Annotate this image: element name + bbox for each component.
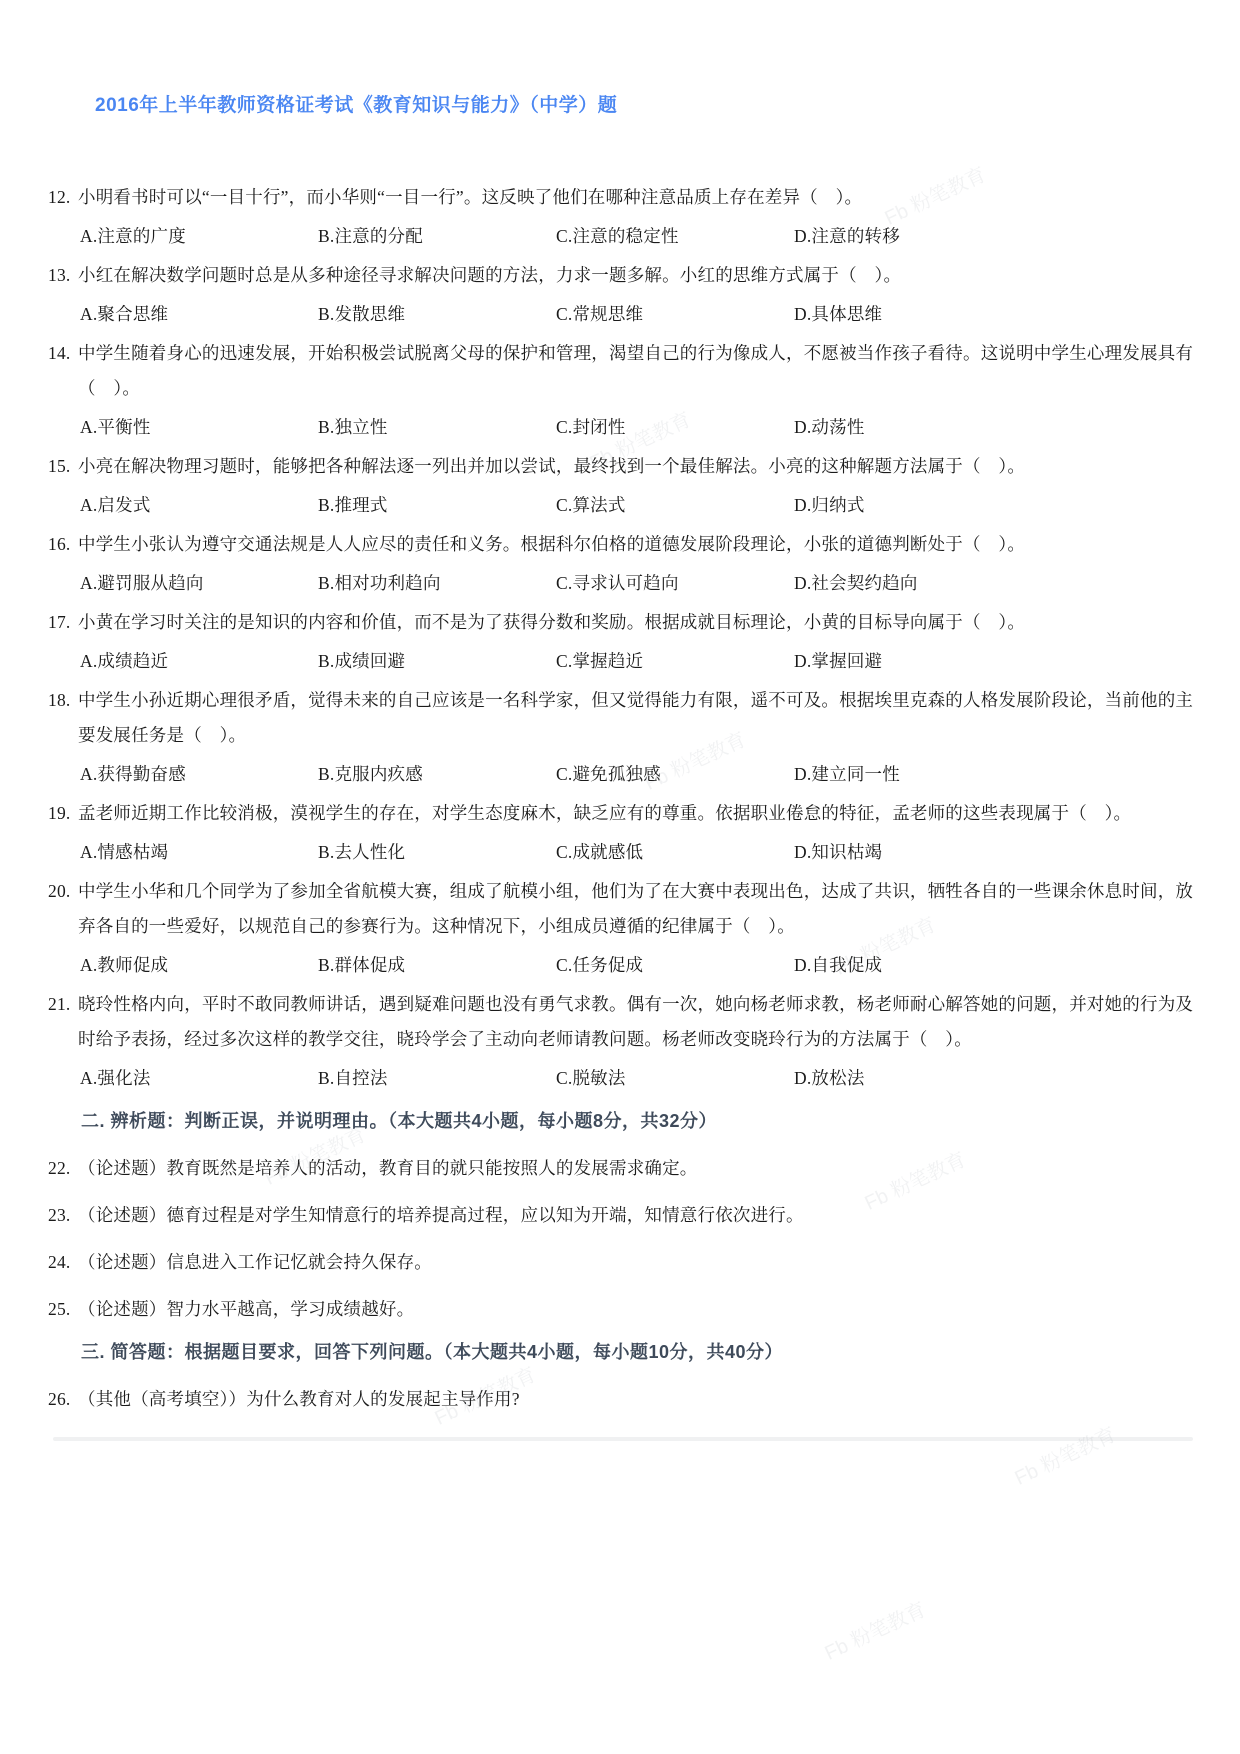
question-17: 17.小黄在学习时关注的是知识的内容和价值，而不是为了获得分数和奖励。根据成就目… (48, 605, 1196, 679)
options-row: A.启发式 B.推理式 C.算法式 D.归纳式 (48, 488, 1196, 523)
question-number: 18. (48, 683, 78, 718)
option-a: A.注意的广度 (80, 219, 318, 254)
option-b: B.相对功利趋向 (318, 566, 556, 601)
question-number: 13. (48, 258, 78, 293)
question-text: 中学生小张认为遵守交通法规是人人应尽的责任和义务。根据科尔伯格的道德发展阶段理论… (78, 534, 1025, 554)
question-text: 中学生随着身心的迅速发展，开始积极尝试脱离父母的保护和管理，渴望自己的行为像成人… (78, 343, 1193, 398)
option-c: C.掌握趋近 (556, 644, 794, 679)
watermark: Fb 粉笔教育 (819, 1593, 930, 1665)
question-19: 19.孟老师近期工作比较消极，漠视学生的存在，对学生态度麻木，缺乏应有的尊重。依… (48, 796, 1196, 870)
question-14: 14.中学生随着身心的迅速发展，开始积极尝试脱离父母的保护和管理，渴望自己的行为… (48, 336, 1196, 445)
question-text: （论述题）信息进入工作记忆就会持久保存。 (78, 1252, 432, 1272)
option-a: A.聚合思维 (80, 297, 318, 332)
option-a: A.教师促成 (80, 948, 318, 983)
question-15: 15.小亮在解决物理习题时，能够把各种解法逐一列出并加以尝试，最终找到一个最佳解… (48, 449, 1196, 523)
bottom-divider (53, 1437, 1193, 1441)
option-c: C.封闭性 (556, 410, 794, 445)
question-25: 25.（论述题）智力水平越高，学习成绩越好。 (48, 1292, 1196, 1327)
question-text: （其他（高考填空））为什么教育对人的发展起主导作用? (78, 1389, 520, 1409)
option-d: D.注意的转移 (794, 219, 1196, 254)
question-number: 19. (48, 796, 78, 831)
option-d: D.自我促成 (794, 948, 1196, 983)
question-text: 小黄在学习时关注的是知识的内容和价值，而不是为了获得分数和奖励。根据成就目标理论… (78, 612, 1025, 632)
option-b: B.克服内疚感 (318, 757, 556, 792)
question-23: 23.（论述题）德育过程是对学生知情意行的培养提高过程，应以知为开端，知情意行依… (48, 1198, 1196, 1233)
option-a: A.情感枯竭 (80, 835, 318, 870)
options-row: A.教师促成 B.群体促成 C.任务促成 D.自我促成 (48, 948, 1196, 983)
options-row: A.情感枯竭 B.去人性化 C.成就感低 D.知识枯竭 (48, 835, 1196, 870)
option-b: B.推理式 (318, 488, 556, 523)
question-text: 孟老师近期工作比较消极，漠视学生的存在，对学生态度麻木，缺乏应有的尊重。依据职业… (78, 803, 1131, 823)
question-20: 20.中学生小华和几个同学为了参加全省航模大赛，组成了航模小组，他们为了在大赛中… (48, 874, 1196, 983)
question-number: 15. (48, 449, 78, 484)
option-c: C.常规思维 (556, 297, 794, 332)
question-number: 17. (48, 605, 78, 640)
option-d: D.动荡性 (794, 410, 1196, 445)
question-24: 24.（论述题）信息进入工作记忆就会持久保存。 (48, 1245, 1196, 1280)
watermark: Fb 粉笔教育 (1009, 1418, 1120, 1490)
options-row: A.避罚服从趋向 B.相对功利趋向 C.寻求认可趋向 D.社会契约趋向 (48, 566, 1196, 601)
question-number: 25. (48, 1292, 78, 1327)
option-c: C.任务促成 (556, 948, 794, 983)
question-number: 12. (48, 180, 78, 215)
question-21: 21.晓玲性格内向，平时不敢同教师讲话，遇到疑难问题也没有勇气求教。偶有一次，她… (48, 987, 1196, 1096)
question-text: 小红在解决数学问题时总是从多种途径寻求解决问题的方法，力求一题多解。小红的思维方… (78, 265, 901, 285)
question-number: 14. (48, 336, 78, 371)
option-a: A.避罚服从趋向 (80, 566, 318, 601)
option-d: D.掌握回避 (794, 644, 1196, 679)
option-b: B.自控法 (318, 1061, 556, 1096)
option-c: C.注意的稳定性 (556, 219, 794, 254)
question-number: 16. (48, 527, 78, 562)
question-number: 23. (48, 1198, 78, 1233)
question-12: 12.小明看书时可以“一目十行”，而小华则“一目一行”。这反映了他们在哪种注意品… (48, 180, 1196, 254)
options-row: A.获得勤奋感 B.克服内疚感 C.避免孤独感 D.建立同一性 (48, 757, 1196, 792)
option-c: C.寻求认可趋向 (556, 566, 794, 601)
options-row: A.成绩趋近 B.成绩回避 C.掌握趋近 D.掌握回避 (48, 644, 1196, 679)
option-d: D.归纳式 (794, 488, 1196, 523)
option-d: D.知识枯竭 (794, 835, 1196, 870)
option-a: A.强化法 (80, 1061, 318, 1096)
options-row: A.聚合思维 B.发散思维 C.常规思维 D.具体思维 (48, 297, 1196, 332)
section-jianda: 三. 简答题：根据题目要求，回答下列问题。（本大题共4小题，每小题10分，共40… (48, 1335, 1196, 1417)
option-c: C.避免孤独感 (556, 757, 794, 792)
section-heading: 二. 辨析题：判断正误，并说明理由。（本大题共4小题，每小题8分，共32分） (48, 1104, 1196, 1139)
question-text: （论述题）教育既然是培养人的活动，教育目的就只能按照人的发展需求确定。 (78, 1158, 698, 1178)
question-16: 16.中学生小张认为遵守交通法规是人人应尽的责任和义务。根据科尔伯格的道德发展阶… (48, 527, 1196, 601)
option-c: C.脱敏法 (556, 1061, 794, 1096)
option-a: A.启发式 (80, 488, 318, 523)
question-13: 13.小红在解决数学问题时总是从多种途径寻求解决问题的方法，力求一题多解。小红的… (48, 258, 1196, 332)
option-d: D.具体思维 (794, 297, 1196, 332)
question-number: 24. (48, 1245, 78, 1280)
question-number: 21. (48, 987, 78, 1022)
option-b: B.发散思维 (318, 297, 556, 332)
option-b: B.成绩回避 (318, 644, 556, 679)
question-18: 18.中学生小孙近期心理很矛盾，觉得未来的自己应该是一名科学家，但又觉得能力有限… (48, 683, 1196, 792)
option-a: A.获得勤奋感 (80, 757, 318, 792)
question-text: 中学生小孙近期心理很矛盾，觉得未来的自己应该是一名科学家，但又觉得能力有限，遥不… (78, 690, 1193, 745)
question-22: 22.（论述题）教育既然是培养人的活动，教育目的就只能按照人的发展需求确定。 (48, 1151, 1196, 1186)
option-c: C.算法式 (556, 488, 794, 523)
option-b: B.去人性化 (318, 835, 556, 870)
option-d: D.社会契约趋向 (794, 566, 1196, 601)
option-b: B.注意的分配 (318, 219, 556, 254)
exam-page: 2016年上半年教师资格证考试《教育知识与能力》（中学）题 12.小明看书时可以… (0, 0, 1240, 1754)
question-26: 26.（其他（高考填空））为什么教育对人的发展起主导作用? (48, 1382, 1196, 1417)
options-row: A.强化法 B.自控法 C.脱敏法 D.放松法 (48, 1061, 1196, 1096)
option-b: B.独立性 (318, 410, 556, 445)
question-number: 22. (48, 1151, 78, 1186)
options-row: A.平衡性 B.独立性 C.封闭性 D.动荡性 (48, 410, 1196, 445)
exam-title: 2016年上半年教师资格证考试《教育知识与能力》（中学）题 (95, 0, 1196, 120)
section-heading: 三. 简答题：根据题目要求，回答下列问题。（本大题共4小题，每小题10分，共40… (48, 1335, 1196, 1370)
option-b: B.群体促成 (318, 948, 556, 983)
question-text: 小亮在解决物理习题时，能够把各种解法逐一列出并加以尝试，最终找到一个最佳解法。小… (78, 456, 1025, 476)
question-text: 小明看书时可以“一目十行”，而小华则“一目一行”。这反映了他们在哪种注意品质上存… (78, 187, 862, 207)
option-d: D.建立同一性 (794, 757, 1196, 792)
question-text: 晓玲性格内向，平时不敢同教师讲话，遇到疑难问题也没有勇气求教。偶有一次，她向杨老… (78, 994, 1193, 1049)
question-text: （论述题）智力水平越高，学习成绩越好。 (78, 1299, 414, 1319)
question-text: 中学生小华和几个同学为了参加全省航模大赛，组成了航模小组，他们为了在大赛中表现出… (78, 881, 1193, 936)
multiple-choice-section: 12.小明看书时可以“一目十行”，而小华则“一目一行”。这反映了他们在哪种注意品… (48, 180, 1196, 1096)
option-d: D.放松法 (794, 1061, 1196, 1096)
option-a: A.成绩趋近 (80, 644, 318, 679)
option-a: A.平衡性 (80, 410, 318, 445)
question-number: 20. (48, 874, 78, 909)
options-row: A.注意的广度 B.注意的分配 C.注意的稳定性 D.注意的转移 (48, 219, 1196, 254)
section-bianxi: 二. 辨析题：判断正误，并说明理由。（本大题共4小题，每小题8分，共32分） 2… (48, 1104, 1196, 1327)
option-c: C.成就感低 (556, 835, 794, 870)
question-text: （论述题）德育过程是对学生知情意行的培养提高过程，应以知为开端，知情意行依次进行… (78, 1205, 804, 1225)
question-number: 26. (48, 1382, 78, 1417)
